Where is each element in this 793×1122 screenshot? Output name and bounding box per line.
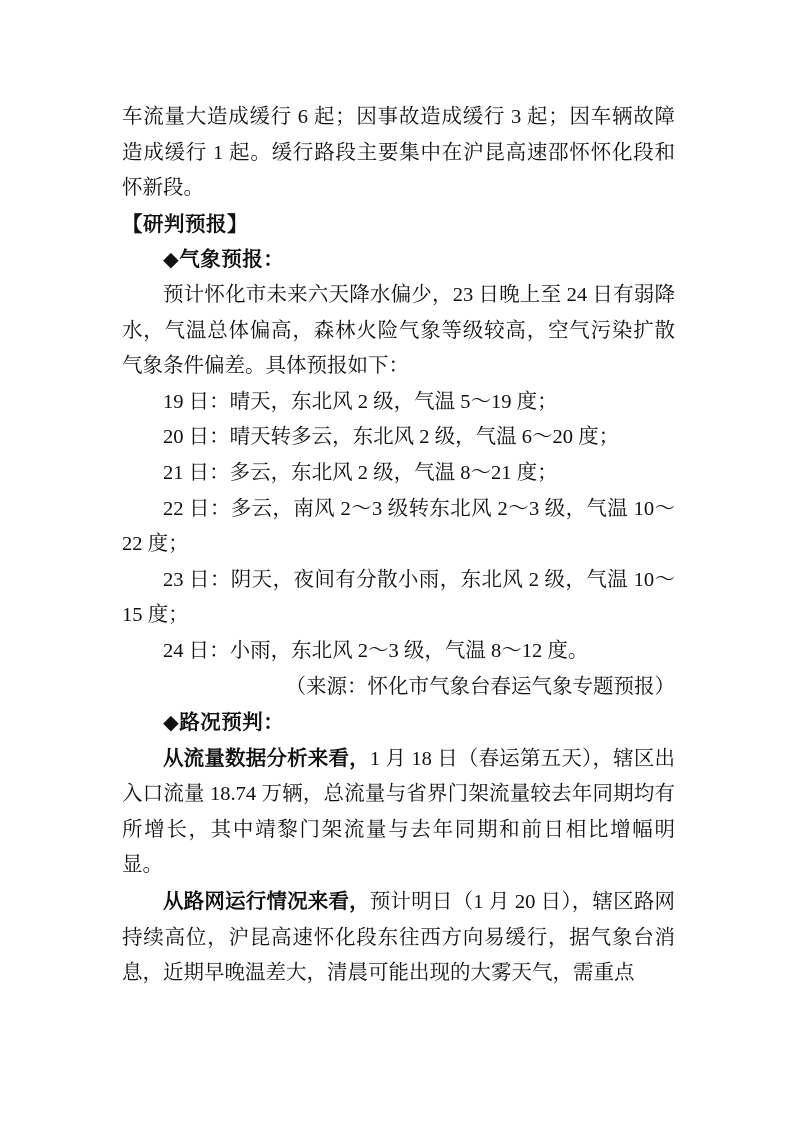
- forecast-line-day21: 21 日：多云，东北风 2 级，气温 8～21 度；: [122, 456, 675, 492]
- document-page: 车流量大造成缓行 6 起；因事故造成缓行 3 起；因车辆故障造成缓行 1 起。缓…: [0, 0, 793, 1122]
- subsection-heading-weather-forecast: ◆气象预报：: [122, 242, 675, 278]
- forecast-line-day24: 24 日：小雨，东北风 2～3 级，气温 8～12 度。: [122, 634, 675, 670]
- forecast-line-day20: 20 日：晴天转多云，东北风 2 级，气温 6～20 度；: [122, 420, 675, 456]
- paragraph-traffic-flow-analysis: 从流量数据分析来看，1 月 18 日（春运第五天），辖区出入口流量 18.74 …: [122, 741, 675, 884]
- forecast-line-day22: 22 日：多云，南风 2～3 级转东北风 2～3 级，气温 10～22 度；: [122, 492, 675, 563]
- forecast-line-day23: 23 日：阴天，夜间有分散小雨，东北风 2 级，气温 10～15 度；: [122, 563, 675, 634]
- section-heading-forecast-analysis: 【研判预报】: [122, 207, 675, 243]
- paragraph-weather-intro: 预计怀化市未来六天降水偏少，23 日晚上至 24 日有弱降水，气温总体偏高，森林…: [122, 278, 675, 385]
- page-text-block: 车流量大造成缓行 6 起；因事故造成缓行 3 起；因车辆故障造成缓行 1 起。缓…: [122, 100, 675, 992]
- road-network-lead-bold: 从路网运行情况来看，: [163, 890, 370, 913]
- forecast-line-day19: 19 日：晴天，东北风 2 级，气温 5～19 度；: [122, 385, 675, 421]
- paragraph-congestion-summary: 车流量大造成缓行 6 起；因事故造成缓行 3 起；因车辆故障造成缓行 1 起。缓…: [122, 100, 675, 207]
- traffic-flow-lead-bold: 从流量数据分析来看，: [163, 747, 370, 770]
- subsection-heading-road-condition: ◆路况预判：: [122, 705, 675, 741]
- paragraph-road-network-outlook: 从路网运行情况来看，预计明日（1 月 20 日），辖区路网持续高位，沪昆高速怀化…: [122, 884, 675, 992]
- weather-source-attribution: （来源：怀化市气象台春运气象专题预报）: [122, 670, 675, 706]
